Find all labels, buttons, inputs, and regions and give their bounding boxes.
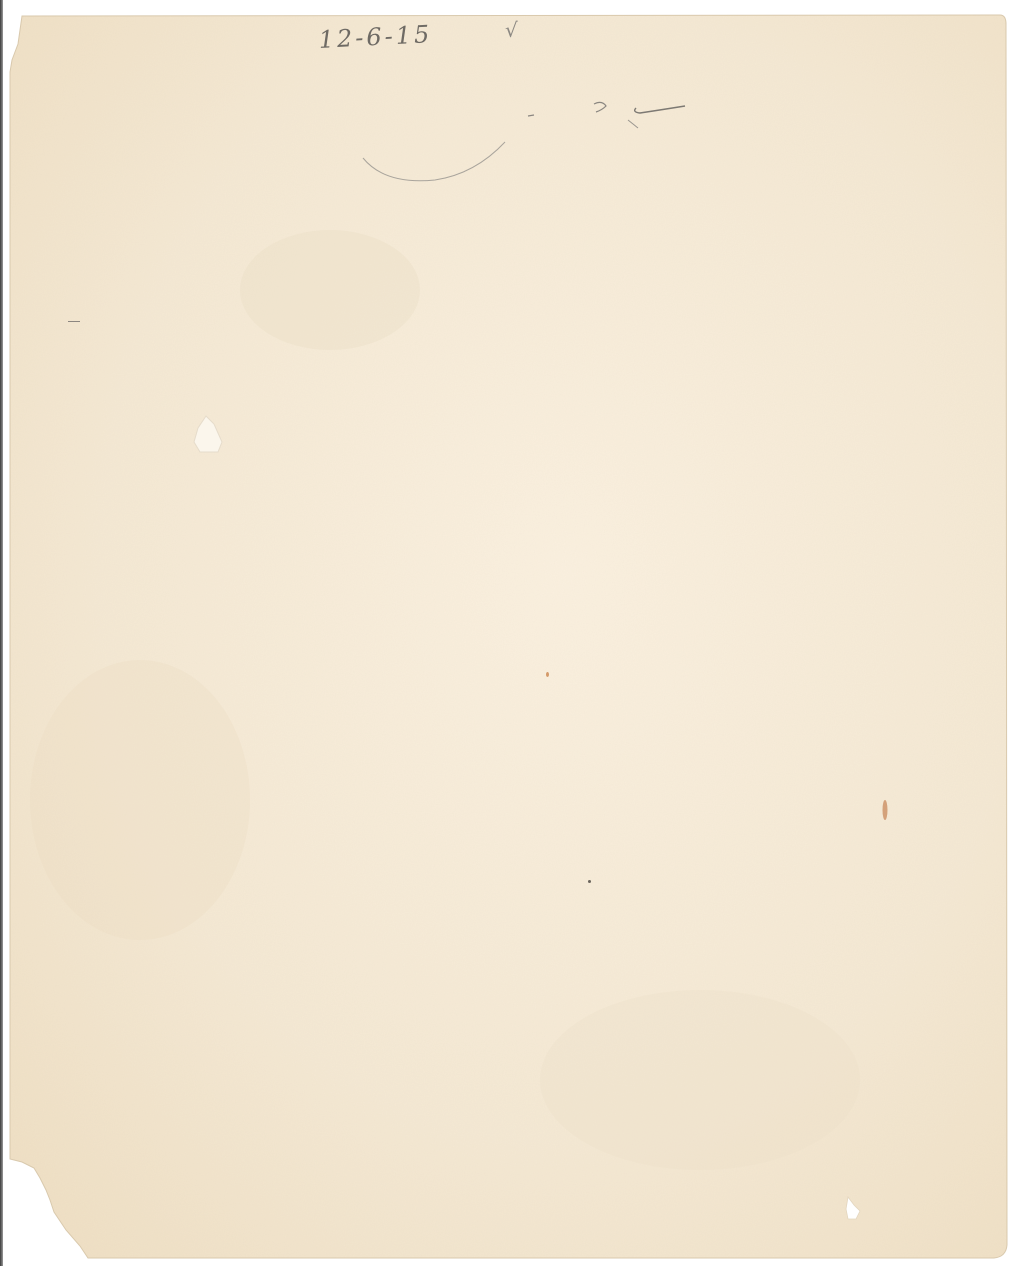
rust-spot [878,795,892,825]
speck [588,880,591,883]
pencil-scribble [520,90,700,130]
handwritten-date: 12-6-15 [318,20,433,54]
pencil-tick [68,321,80,322]
rust-speck [546,672,549,677]
paper-hole [838,1193,868,1223]
pencil-arc [355,130,515,190]
check-mark-icon: √ [505,18,521,42]
paper-sheet: 12-6-15 √ [0,0,1024,1266]
embossed-stamp [190,412,230,457]
